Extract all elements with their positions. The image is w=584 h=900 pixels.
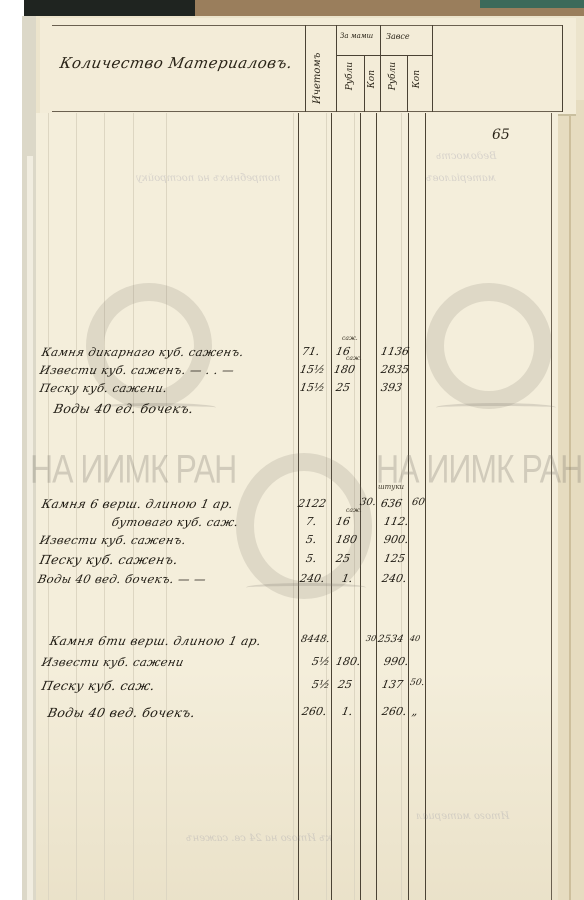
page-edge-line bbox=[569, 100, 571, 900]
table-row: Извести куб. сажени 5½ 180. 990. bbox=[36, 655, 558, 675]
table-row: Воды 40 вед. бочекъ. 260. 1. 260. „ bbox=[36, 705, 558, 725]
table-row: Извести куб. саженъ. — . . — 15½ саж. 18… bbox=[36, 363, 558, 383]
row-total: 137 bbox=[381, 678, 404, 691]
header-total-kopecks: Коп bbox=[412, 70, 422, 88]
ledger-page: 65 НА ИИМК РАН НА ИИМК РАН Ведомость мат… bbox=[36, 113, 558, 900]
bleed-through-text: Итого материал bbox=[416, 811, 509, 822]
row-total: 112. bbox=[383, 515, 410, 528]
header-price-rubles: Рубли bbox=[345, 62, 355, 90]
row-price: 1. bbox=[341, 705, 354, 718]
bleed-through-text: матеріаловъ bbox=[426, 173, 496, 184]
row-description: Песку куб. сажени. bbox=[39, 381, 169, 395]
row-total-kopecks: 50. bbox=[409, 678, 425, 688]
row-quantity: 2122 bbox=[297, 497, 327, 510]
header-col-line bbox=[562, 25, 563, 112]
row-description: Извести куб. саженъ. — . . — bbox=[39, 363, 236, 377]
header-quantity: Ичетомъ bbox=[312, 32, 323, 104]
row-total: 990. bbox=[383, 655, 410, 668]
row-price: 1. bbox=[341, 572, 354, 585]
row-price-unit: штуки bbox=[378, 483, 404, 491]
row-quantity: 5½ bbox=[311, 678, 331, 691]
row-description: Песку куб. саженъ. bbox=[38, 552, 179, 567]
row-price-unit: саж. bbox=[346, 355, 362, 362]
row-quantity: 5. bbox=[305, 533, 318, 546]
header-col-line bbox=[305, 25, 306, 112]
scan-margin bbox=[0, 0, 24, 900]
header-col-line bbox=[407, 55, 408, 112]
row-description: Камня 6ти верш. длиною 1 ар. bbox=[49, 634, 263, 648]
header-col-line bbox=[380, 25, 381, 112]
row-total: 260. bbox=[381, 705, 408, 718]
row-quantity: 71. bbox=[301, 345, 321, 358]
row-price: 180 bbox=[333, 363, 356, 376]
header-total-rubles: Рубли bbox=[388, 62, 398, 90]
header-row-line bbox=[336, 55, 432, 56]
row-description: Камня дикарнаго куб. саженъ. bbox=[41, 345, 246, 359]
table-row: Камня 6 верш. длиною 1 ар. 2122 штуки 30… bbox=[36, 497, 558, 517]
row-price: 25 bbox=[337, 678, 353, 691]
bleed-through-text: къ Итого на 24 св. саженъ bbox=[186, 833, 332, 844]
header-title: Количество Материаловъ. bbox=[58, 54, 294, 72]
row-total: 2534 bbox=[377, 634, 404, 645]
row-description: Песку куб. саж. bbox=[40, 678, 156, 693]
row-total: 900. bbox=[383, 533, 410, 546]
row-price-unit: саж. bbox=[346, 507, 362, 514]
table-row: бутоваго куб. саж. 7. саж. 16 112. bbox=[36, 515, 558, 535]
header-price-kopecks: Коп bbox=[367, 70, 377, 88]
row-description: Воды 40 вед. бочекъ. — — bbox=[37, 572, 208, 586]
bleed-through-text: потребныхъ на постройку bbox=[136, 173, 281, 184]
row-total-kopecks: 40 bbox=[409, 634, 421, 643]
table-row: Воды 40 вед. бочекъ. — — 240. 1. 240. bbox=[36, 572, 558, 592]
row-quantity: 5. bbox=[305, 552, 318, 565]
row-kopecks: 30 bbox=[365, 634, 377, 643]
table-row: Камня дикарнаго куб. саженъ. 71. саж. 16… bbox=[36, 345, 558, 365]
row-price: 180. bbox=[335, 655, 362, 668]
row-price: 25 bbox=[335, 552, 351, 565]
row-description: бутоваго куб. саж. bbox=[111, 515, 241, 529]
header-sheet: Количество Материаловъ. Ичетомъ За мамш … bbox=[40, 18, 576, 116]
bleed-through-text: Ведомость bbox=[436, 151, 496, 162]
header-col-line bbox=[336, 25, 337, 112]
row-quantity: 5½ bbox=[311, 655, 331, 668]
table-row: Камня 6ти верш. длиною 1 ар. 8448. 30 25… bbox=[36, 634, 558, 654]
row-total: 393 bbox=[380, 381, 403, 394]
spine-paper-edge bbox=[27, 156, 33, 900]
row-total: 240. bbox=[381, 572, 408, 585]
header-rule-top bbox=[52, 25, 562, 26]
row-total: 1136 bbox=[380, 345, 410, 358]
header-rule-bottom bbox=[52, 111, 562, 112]
row-description: Воды 40 вед. бочекъ. bbox=[46, 705, 197, 720]
row-description: Воды 40 ед. бочекъ. bbox=[52, 401, 195, 416]
header-total-group: Завсе bbox=[386, 32, 410, 41]
row-price: 25 bbox=[335, 381, 351, 394]
row-price: 16 bbox=[335, 515, 351, 528]
folio-number: 65 bbox=[492, 127, 510, 143]
row-total: 636 bbox=[380, 497, 403, 510]
row-total-kopecks: „ bbox=[411, 705, 419, 718]
header-col-line bbox=[432, 25, 433, 112]
watermark-text: НА ИИМК РАН bbox=[30, 446, 236, 492]
row-price-unit: саж. bbox=[342, 335, 358, 342]
header-price-group: За мамш bbox=[340, 32, 373, 40]
table-row: Извести куб. саженъ. 5. 180 900. bbox=[36, 533, 558, 553]
table-row: Песку куб. саж. 5½ 25 137 50. bbox=[36, 678, 558, 698]
row-total: 125 bbox=[383, 552, 406, 565]
row-quantity: 7. bbox=[305, 515, 318, 528]
row-description: Извести куб. саженъ. bbox=[39, 533, 188, 547]
row-price: 180 bbox=[335, 533, 358, 546]
table-row: Песку куб. саженъ. 5. 25 125 bbox=[36, 552, 558, 572]
row-total: 2835 bbox=[380, 363, 410, 376]
row-quantity: 15½ bbox=[299, 363, 326, 376]
header-col-line bbox=[364, 55, 365, 112]
row-quantity: 15½ bbox=[299, 381, 326, 394]
row-quantity: 8448. bbox=[300, 634, 331, 645]
row-total-kopecks: 60 bbox=[411, 497, 426, 508]
row-quantity: 240. bbox=[299, 572, 326, 585]
row-description: Камня 6 верш. длиною 1 ар. bbox=[41, 497, 235, 511]
background-cover-green bbox=[480, 0, 584, 8]
watermark-text: НА ИИМК РАН bbox=[376, 446, 582, 492]
row-description: Извести куб. сажени bbox=[41, 655, 186, 669]
row-quantity: 260. bbox=[301, 705, 328, 718]
table-row: Воды 40 ед. бочекъ. bbox=[36, 401, 558, 421]
table-row: Песку куб. сажени. 15½ 25 393 bbox=[36, 381, 558, 401]
